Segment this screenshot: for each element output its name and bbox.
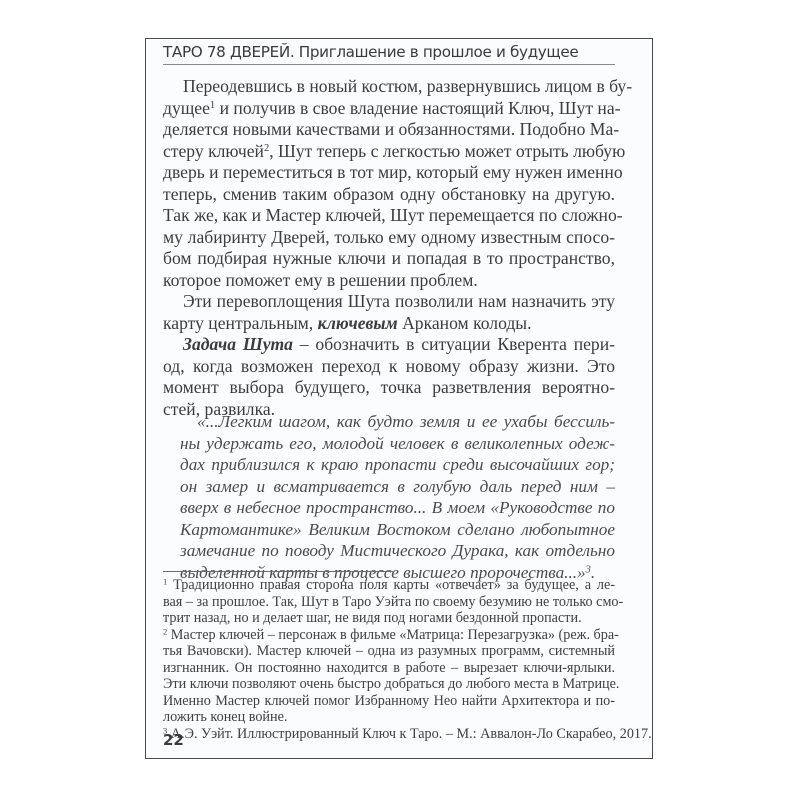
body-line: стеру ключей2, Шут теперь с легкостью мо… [163,141,615,162]
body-line: которое поможет ему в решении проблем. [163,270,615,291]
page-number: 22 [163,731,184,749]
footnote-rule [163,571,393,572]
footnote-1: 1 Традиционно правая сторона поля карты … [163,577,615,593]
quote-line: ны удержать его, молодой человек в велик… [180,433,615,454]
body-line: карту центральным, ключевым Арканом коло… [163,313,615,334]
body-line: дущее1 и получив в свое владение настоящ… [163,98,615,119]
body-line: Переодевшись в новый костюм, развернувши… [183,76,615,97]
quote-line: он замер и всматривается в голубую даль … [180,476,615,497]
body-line: му лабиринту Дверей, только ему одному и… [163,227,615,248]
footnote-2-line: Именно Мастер ключей помог Избранному Не… [163,693,615,709]
footnote-3: 3 А.Э. Уэйт. Иллюстрированный Ключ к Тар… [163,726,615,742]
quote-line: замечание по поводу Мистического Дурака,… [180,540,615,561]
body-line: Так же, как и Мастер ключей, Шут перемещ… [163,205,615,226]
footnote-1-line: трит назад, но и делает шаг, не видя под… [163,610,615,626]
emphasis-keyword: ключевым [318,313,398,333]
footnote-2: 2 Мастер ключей – персонаж в фильме «Мат… [163,627,615,643]
body-line: Эти перевоплощения Шута позволили нам на… [183,291,615,312]
book-page: ТАРО 78 ДВЕРЕЙ. Приглашение в прошлое и … [145,38,653,759]
quote-line: «...Легким шагом, как будто земля и ее у… [197,411,615,432]
body-line: дверь и переместиться в тот мир, который… [163,162,615,183]
footnote-1-line: вая – за прошлое. Так, Шут в Таро Уэйта … [163,594,615,610]
emphasis-term: Задача Шута [183,334,293,354]
footnote-2-line: Эти ключи позволяют очень быстро добрать… [163,676,615,692]
quote-line: Картомантике» Великим Востоком сделано л… [180,519,615,540]
running-head: ТАРО 78 ДВЕРЕЙ. Приглашение в прошлое и … [163,43,578,61]
quote-line: вверх в небесное пространство... В моем … [180,497,615,518]
body-line: момент выбора будущего, точка разветвлен… [163,377,615,398]
header-rule [163,64,615,65]
body-line: Задача Шута – обозначить в ситуации Квер… [183,334,615,355]
quote-line: дах приблизился к краю пропасти среди вы… [180,454,615,475]
footnote-2-line: изгнанник. Он постоянно находится в рабо… [163,660,615,676]
body-line: бом подбирая нужные ключи и попадая в то… [163,248,615,269]
body-line: теперь, сменив таким образом одну обстан… [163,184,615,205]
body-line: од, когда возможен переход к новому обра… [163,356,615,377]
footnote-2-line: ложить конец войне. [163,709,615,725]
footnote-2-line: тья Вачовски). Мастер ключей – одна из р… [163,643,615,659]
body-line: деляется новыми качествами и обязанностя… [163,119,615,140]
